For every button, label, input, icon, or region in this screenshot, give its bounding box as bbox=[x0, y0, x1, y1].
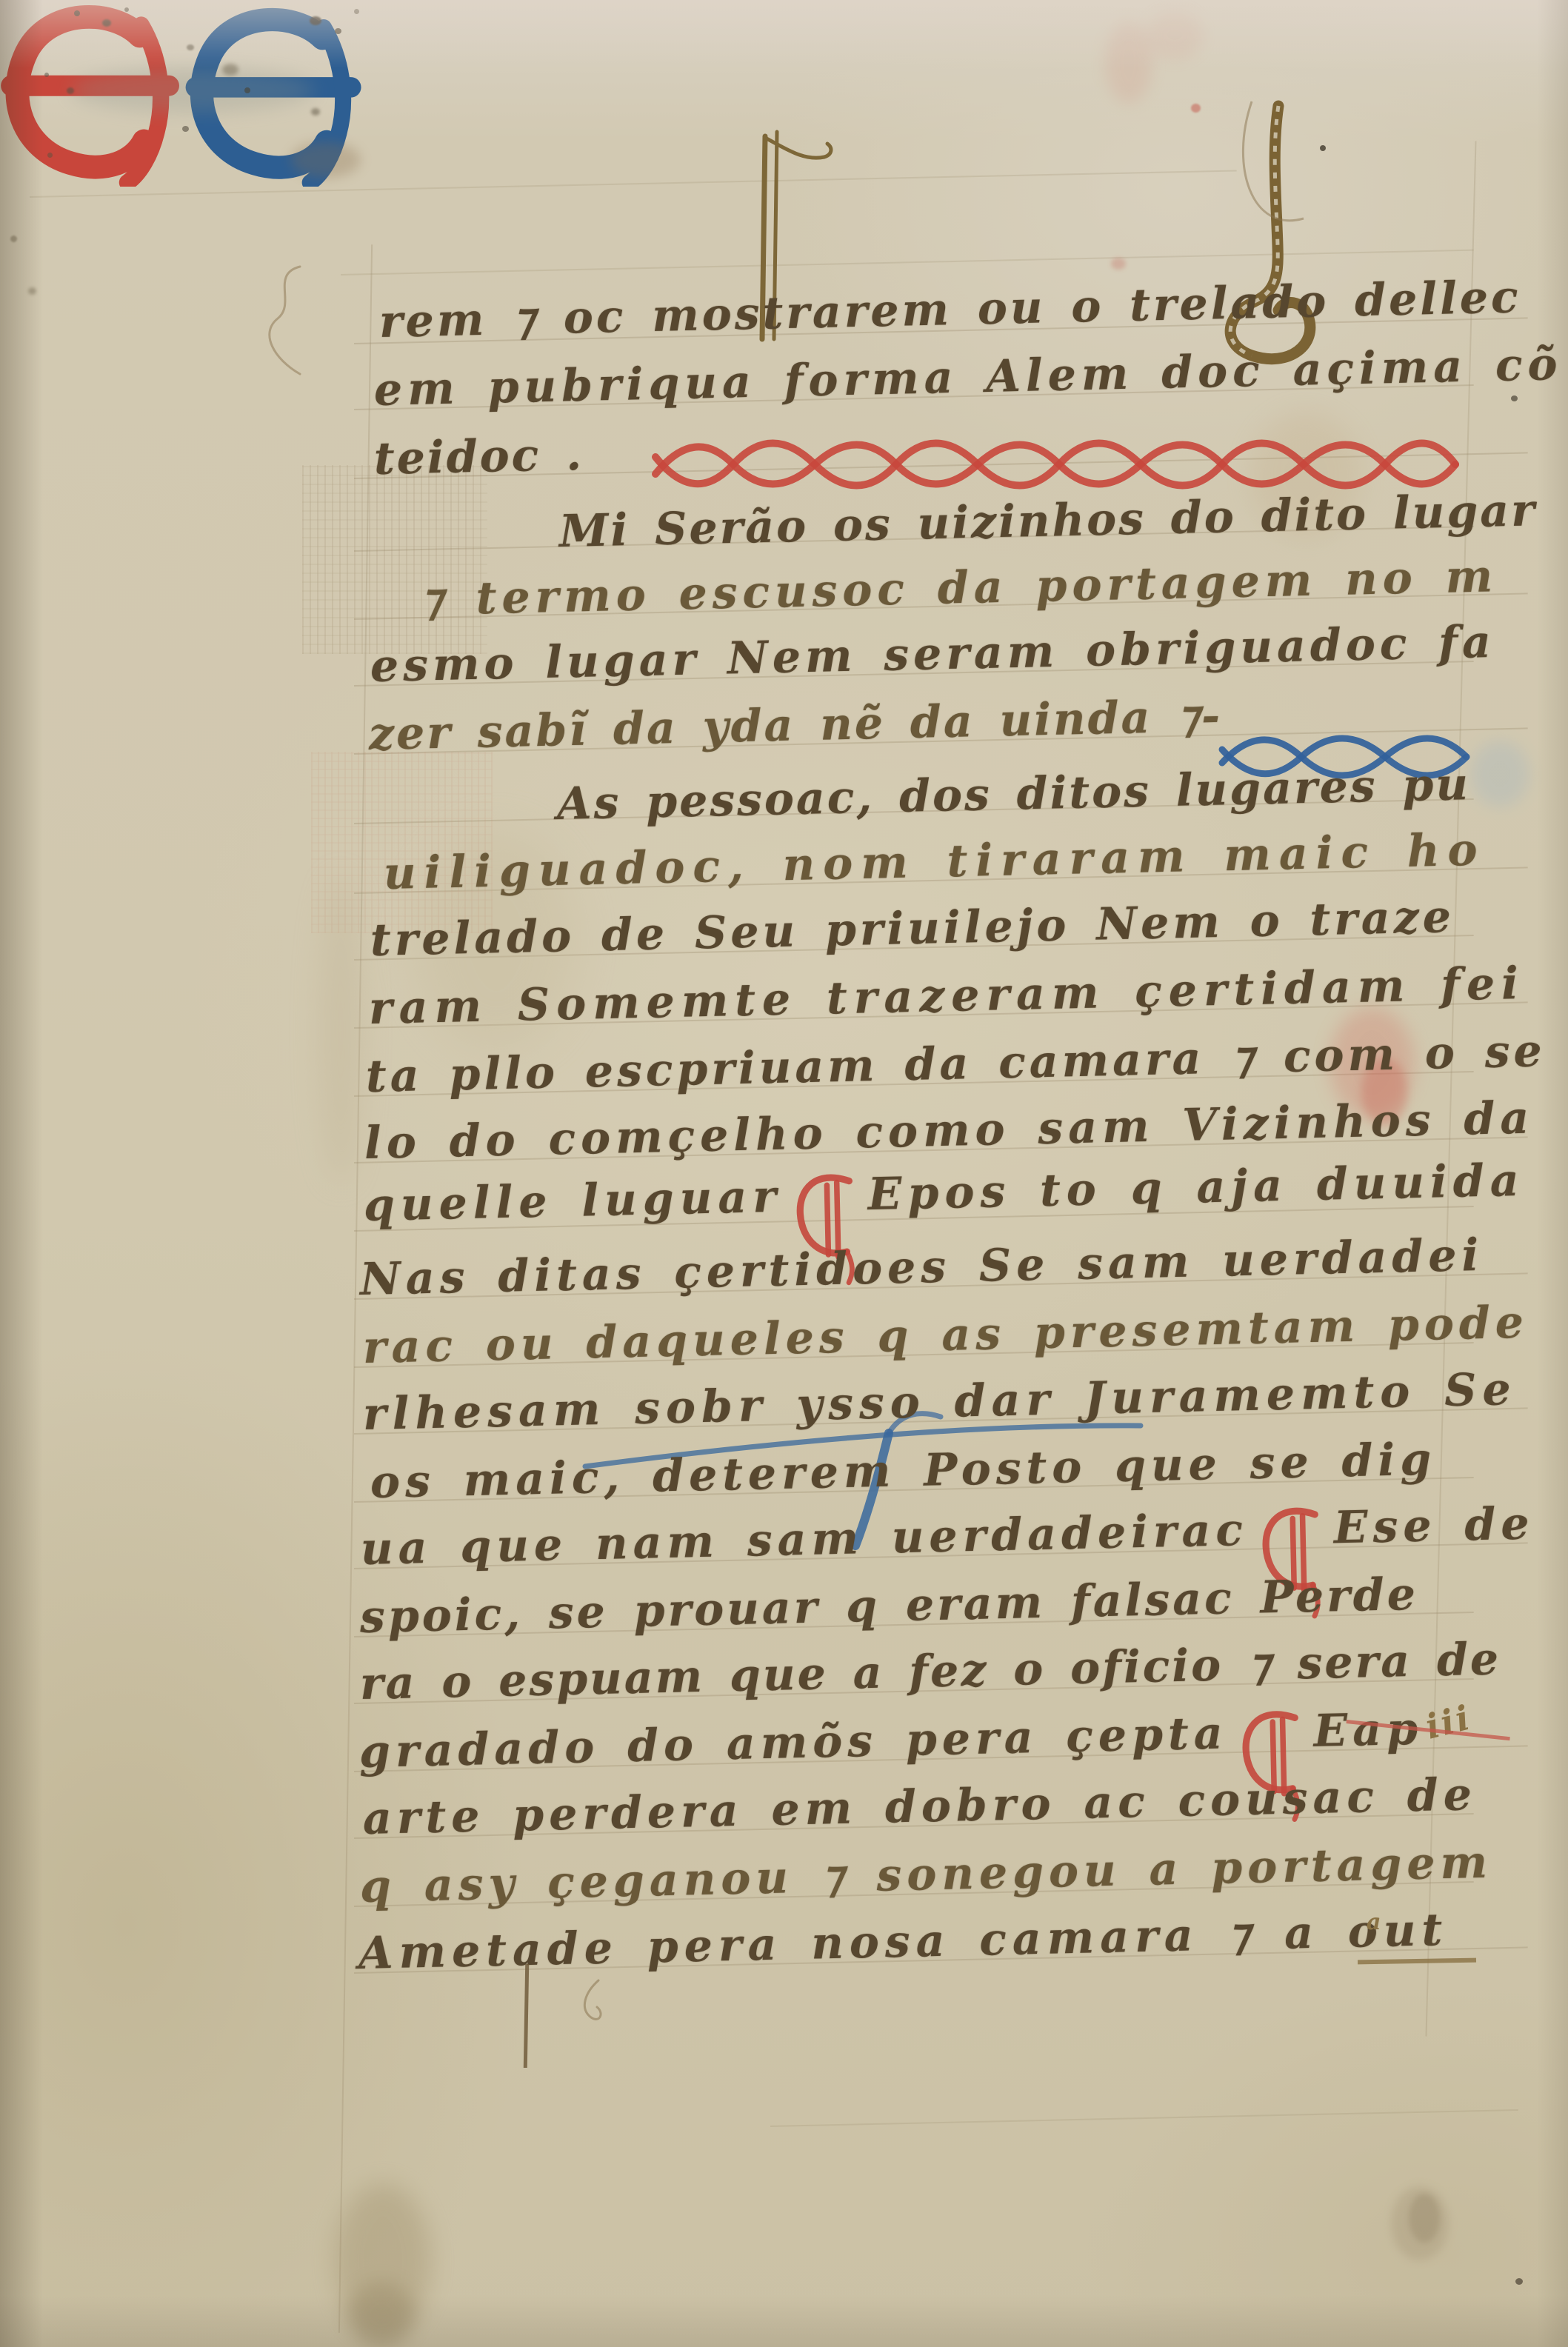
descender-loop-icon bbox=[576, 1979, 606, 2023]
text-segment: Eap bbox=[1313, 1707, 1424, 1754]
text-line: lo do comçelho como sam Vizinhos da bbox=[364, 1096, 1534, 1166]
penwork-ground bbox=[302, 465, 487, 654]
red-smudge bbox=[1105, 21, 1152, 104]
penwork-ground bbox=[311, 752, 493, 933]
text-line: Ametade pera nosa camara ⁊ a out bbox=[358, 1908, 1448, 1976]
margin-numeral: iii bbox=[1421, 1697, 1475, 1746]
manuscript-page: rem ⁊ oc mostrarem ou o trelado dellec e… bbox=[0, 0, 1568, 2347]
margin-squiggle-icon bbox=[256, 263, 322, 381]
ink-speck bbox=[187, 44, 194, 50]
ink-speck bbox=[124, 7, 129, 12]
text-line: esmo lugar Nem seram obriguadoc fa bbox=[370, 620, 1495, 689]
ink-speck bbox=[67, 87, 74, 94]
text-line: As pessoac, dos ditos lugares pu bbox=[556, 762, 1470, 827]
ink-speck bbox=[310, 16, 321, 25]
stain bbox=[1409, 2194, 1440, 2243]
text-line: rac ou daqueles q as presemtam pode bbox=[362, 1301, 1529, 1370]
ink-speck bbox=[10, 236, 17, 242]
ink-speck bbox=[102, 19, 111, 27]
red-smudge bbox=[1147, 10, 1203, 59]
ink-speck bbox=[1515, 2278, 1523, 2285]
ink-speck bbox=[182, 126, 189, 132]
text-line: rem ⁊ oc mostrarem ou o trelado dellec bbox=[378, 275, 1521, 344]
ink-speck bbox=[222, 64, 238, 76]
stain bbox=[348, 2281, 415, 2347]
red-speck bbox=[1191, 104, 1201, 113]
superscript-a: a bbox=[1367, 1909, 1381, 1935]
ink-speck bbox=[28, 287, 36, 295]
stain bbox=[290, 142, 361, 178]
ink-speck bbox=[311, 108, 320, 116]
ink-speck bbox=[1511, 395, 1518, 401]
text-line: q asy çeganou ⁊ sonegou a portagem bbox=[359, 1840, 1492, 1909]
text-line: os maic, deterem Posto que se dig bbox=[370, 1438, 1436, 1505]
text-segment: ua que nam sam uerdadeirac bbox=[360, 1508, 1248, 1572]
text-segment: Ese de bbox=[1333, 1501, 1535, 1550]
text-line: rlhesam sobr ysso dar Juramemto Se bbox=[362, 1367, 1517, 1437]
ink-speck bbox=[44, 73, 49, 77]
ink-speck bbox=[74, 10, 80, 16]
blue-smudge bbox=[1470, 741, 1529, 807]
ink-speck bbox=[47, 153, 53, 158]
red-speck bbox=[1111, 258, 1126, 270]
letter-descender bbox=[524, 1964, 529, 2068]
text-line: teidoc . bbox=[373, 433, 584, 481]
text-line: uiliguadoc, nom tiraram maic ho bbox=[383, 828, 1486, 896]
text-line: ⁊ termo escusoc da portagem no m bbox=[420, 554, 1498, 622]
text-line: em pubriqua forma Alem doc açima cõ bbox=[373, 342, 1563, 413]
text-line: zer sabĩ da yda nẽ da uinda ⁊- bbox=[368, 694, 1222, 757]
text-segment: gradado do amõs pera çepta bbox=[358, 1711, 1228, 1775]
ink-speck bbox=[354, 9, 359, 14]
ink-speck bbox=[335, 28, 341, 34]
stain bbox=[70, 68, 315, 113]
ruling-line bbox=[770, 2109, 1518, 2127]
ink-speck bbox=[244, 87, 250, 93]
line-filler-stroke bbox=[1358, 1958, 1476, 1965]
text-segment: quelle luguar bbox=[363, 1175, 782, 1228]
text-line: ra o espuam que a fez o oficio ⁊ sera de bbox=[359, 1637, 1501, 1706]
text-segment: Epos to q aja duuida bbox=[867, 1158, 1525, 1217]
